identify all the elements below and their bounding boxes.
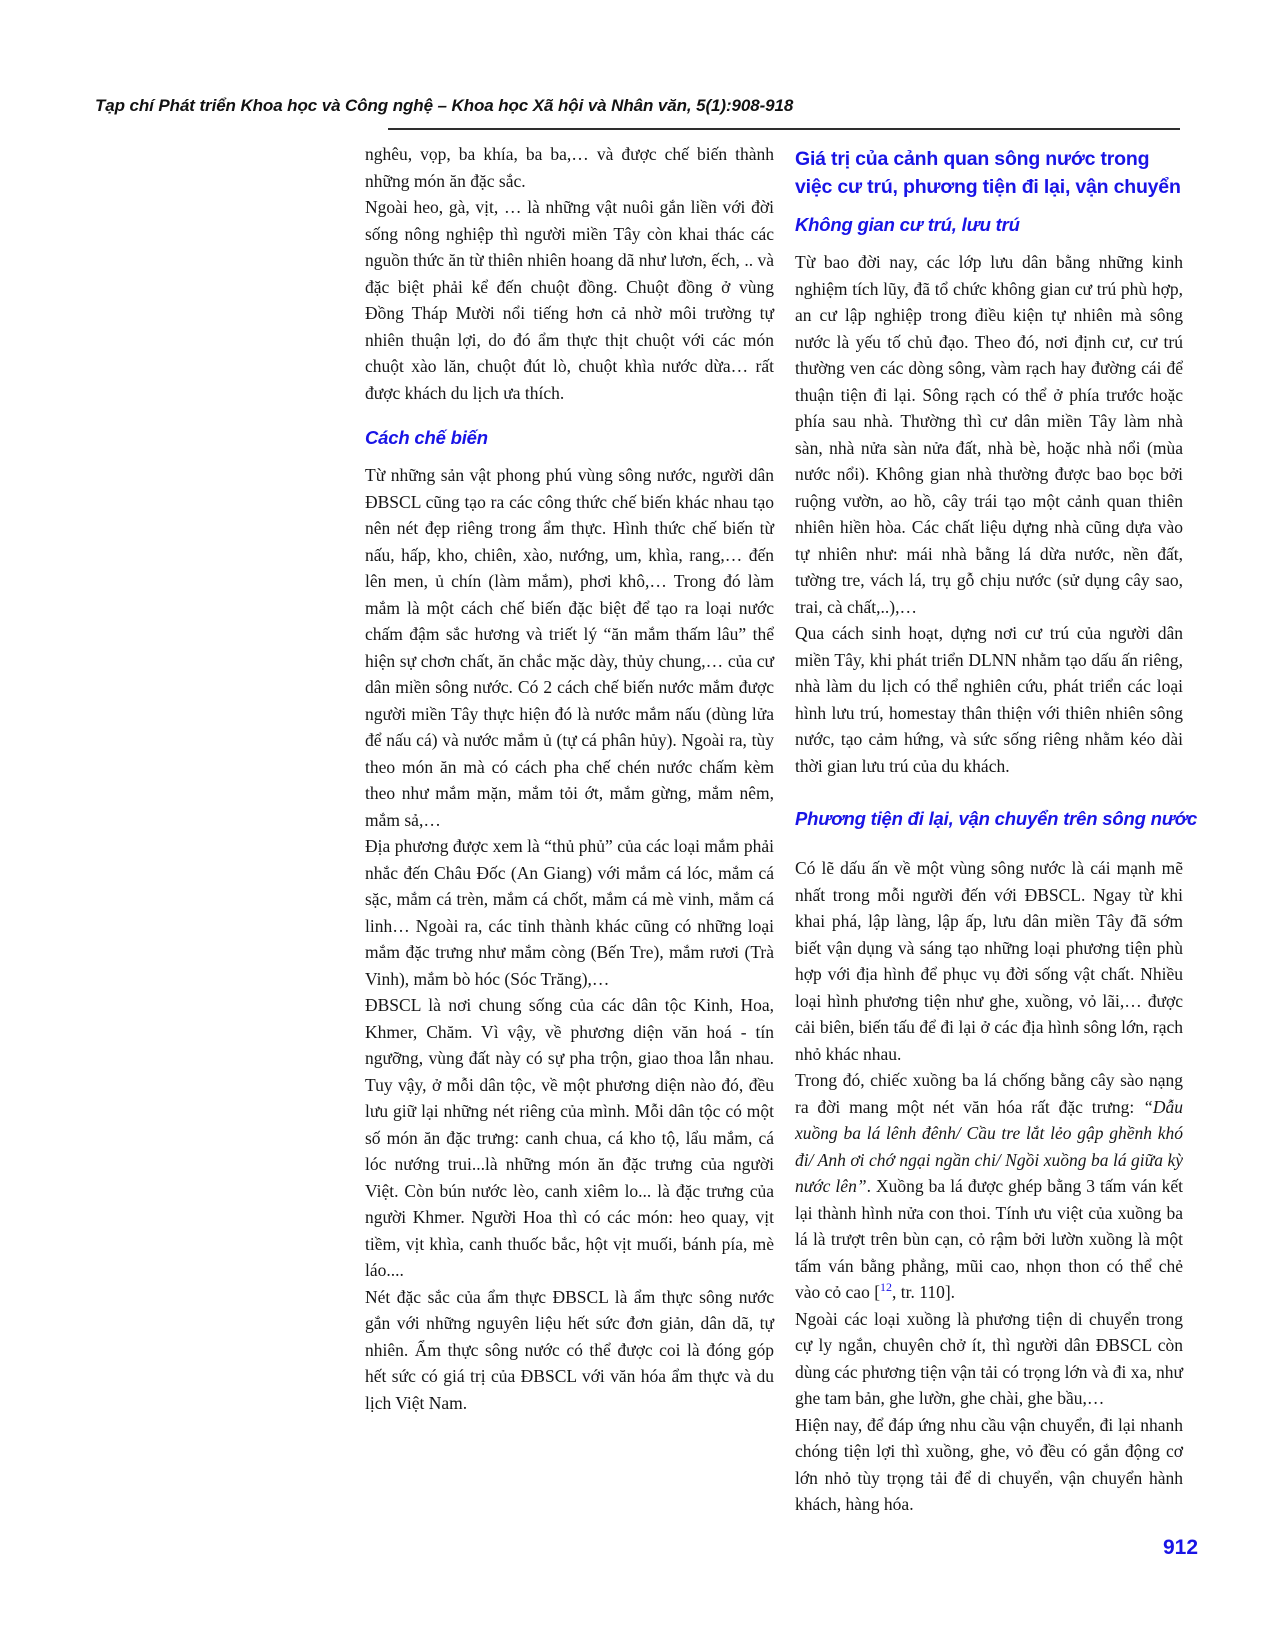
paragraph: Có lẽ dấu ấn về một vùng sông nước là cá… <box>795 855 1183 1067</box>
paragraph: Từ những sản vật phong phú vùng sông nướ… <box>365 462 774 833</box>
paragraph: ĐBSCL là nơi chung sống của các dân tộc … <box>365 992 774 1284</box>
section-heading-gia-tri-canh-quan: Giá trị của cảnh quan sông nước trong vi… <box>795 145 1183 201</box>
paragraph: Địa phương được xem là “thủ phủ” của các… <box>365 833 774 992</box>
left-column: nghêu, vọp, ba khía, ba ba,… và được chế… <box>365 141 774 1518</box>
paragraph-text: Trong đó, chiếc xuồng ba lá chống bằng c… <box>795 1070 1183 1117</box>
subsection-heading-khong-gian-cu-tru: Không gian cư trú, lưu trú <box>795 213 1183 237</box>
paragraph-with-quote-and-citation: Trong đó, chiếc xuồng ba lá chống bằng c… <box>795 1067 1183 1306</box>
page-number: 912 <box>1163 1536 1198 1560</box>
right-column: Giá trị của cảnh quan sông nước trong vi… <box>795 141 1183 1518</box>
subsection-heading-phuong-tien-di-lai: Phương tiện đi lại, vận chuyển trên sông… <box>795 807 1183 831</box>
paragraph-continuation: nghêu, vọp, ba khía, ba ba,… và được chế… <box>365 141 774 194</box>
citation-link-12[interactable]: 12 <box>880 1280 892 1294</box>
paragraph: Nét đặc sắc của ẩm thực ĐBSCL là ẩm thực… <box>365 1284 774 1417</box>
paragraph: Ngoài heo, gà, vịt, … là những vật nuôi … <box>365 194 774 406</box>
page-body: nghêu, vọp, ba khía, ba ba,… và được chế… <box>365 141 1183 1518</box>
paragraph: Qua cách sinh hoạt, dựng nơi cư trú của … <box>795 620 1183 779</box>
header-rule <box>388 128 1180 130</box>
subsection-heading-cach-che-bien: Cách chế biến <box>365 426 774 450</box>
paragraph: Ngoài các loại xuồng là phương tiện di c… <box>795 1306 1183 1412</box>
journal-running-head: Tạp chí Phát triển Khoa học và Công nghệ… <box>95 96 793 116</box>
paragraph: Từ bao đời nay, các lớp lưu dân bằng nhữ… <box>795 249 1183 620</box>
paragraph-text: , tr. 110]. <box>892 1282 955 1302</box>
document-page: Tạp chí Phát triển Khoa học và Công nghệ… <box>0 0 1276 1649</box>
paragraph: Hiện nay, để đáp ứng nhu cầu vận chuyển,… <box>795 1412 1183 1518</box>
